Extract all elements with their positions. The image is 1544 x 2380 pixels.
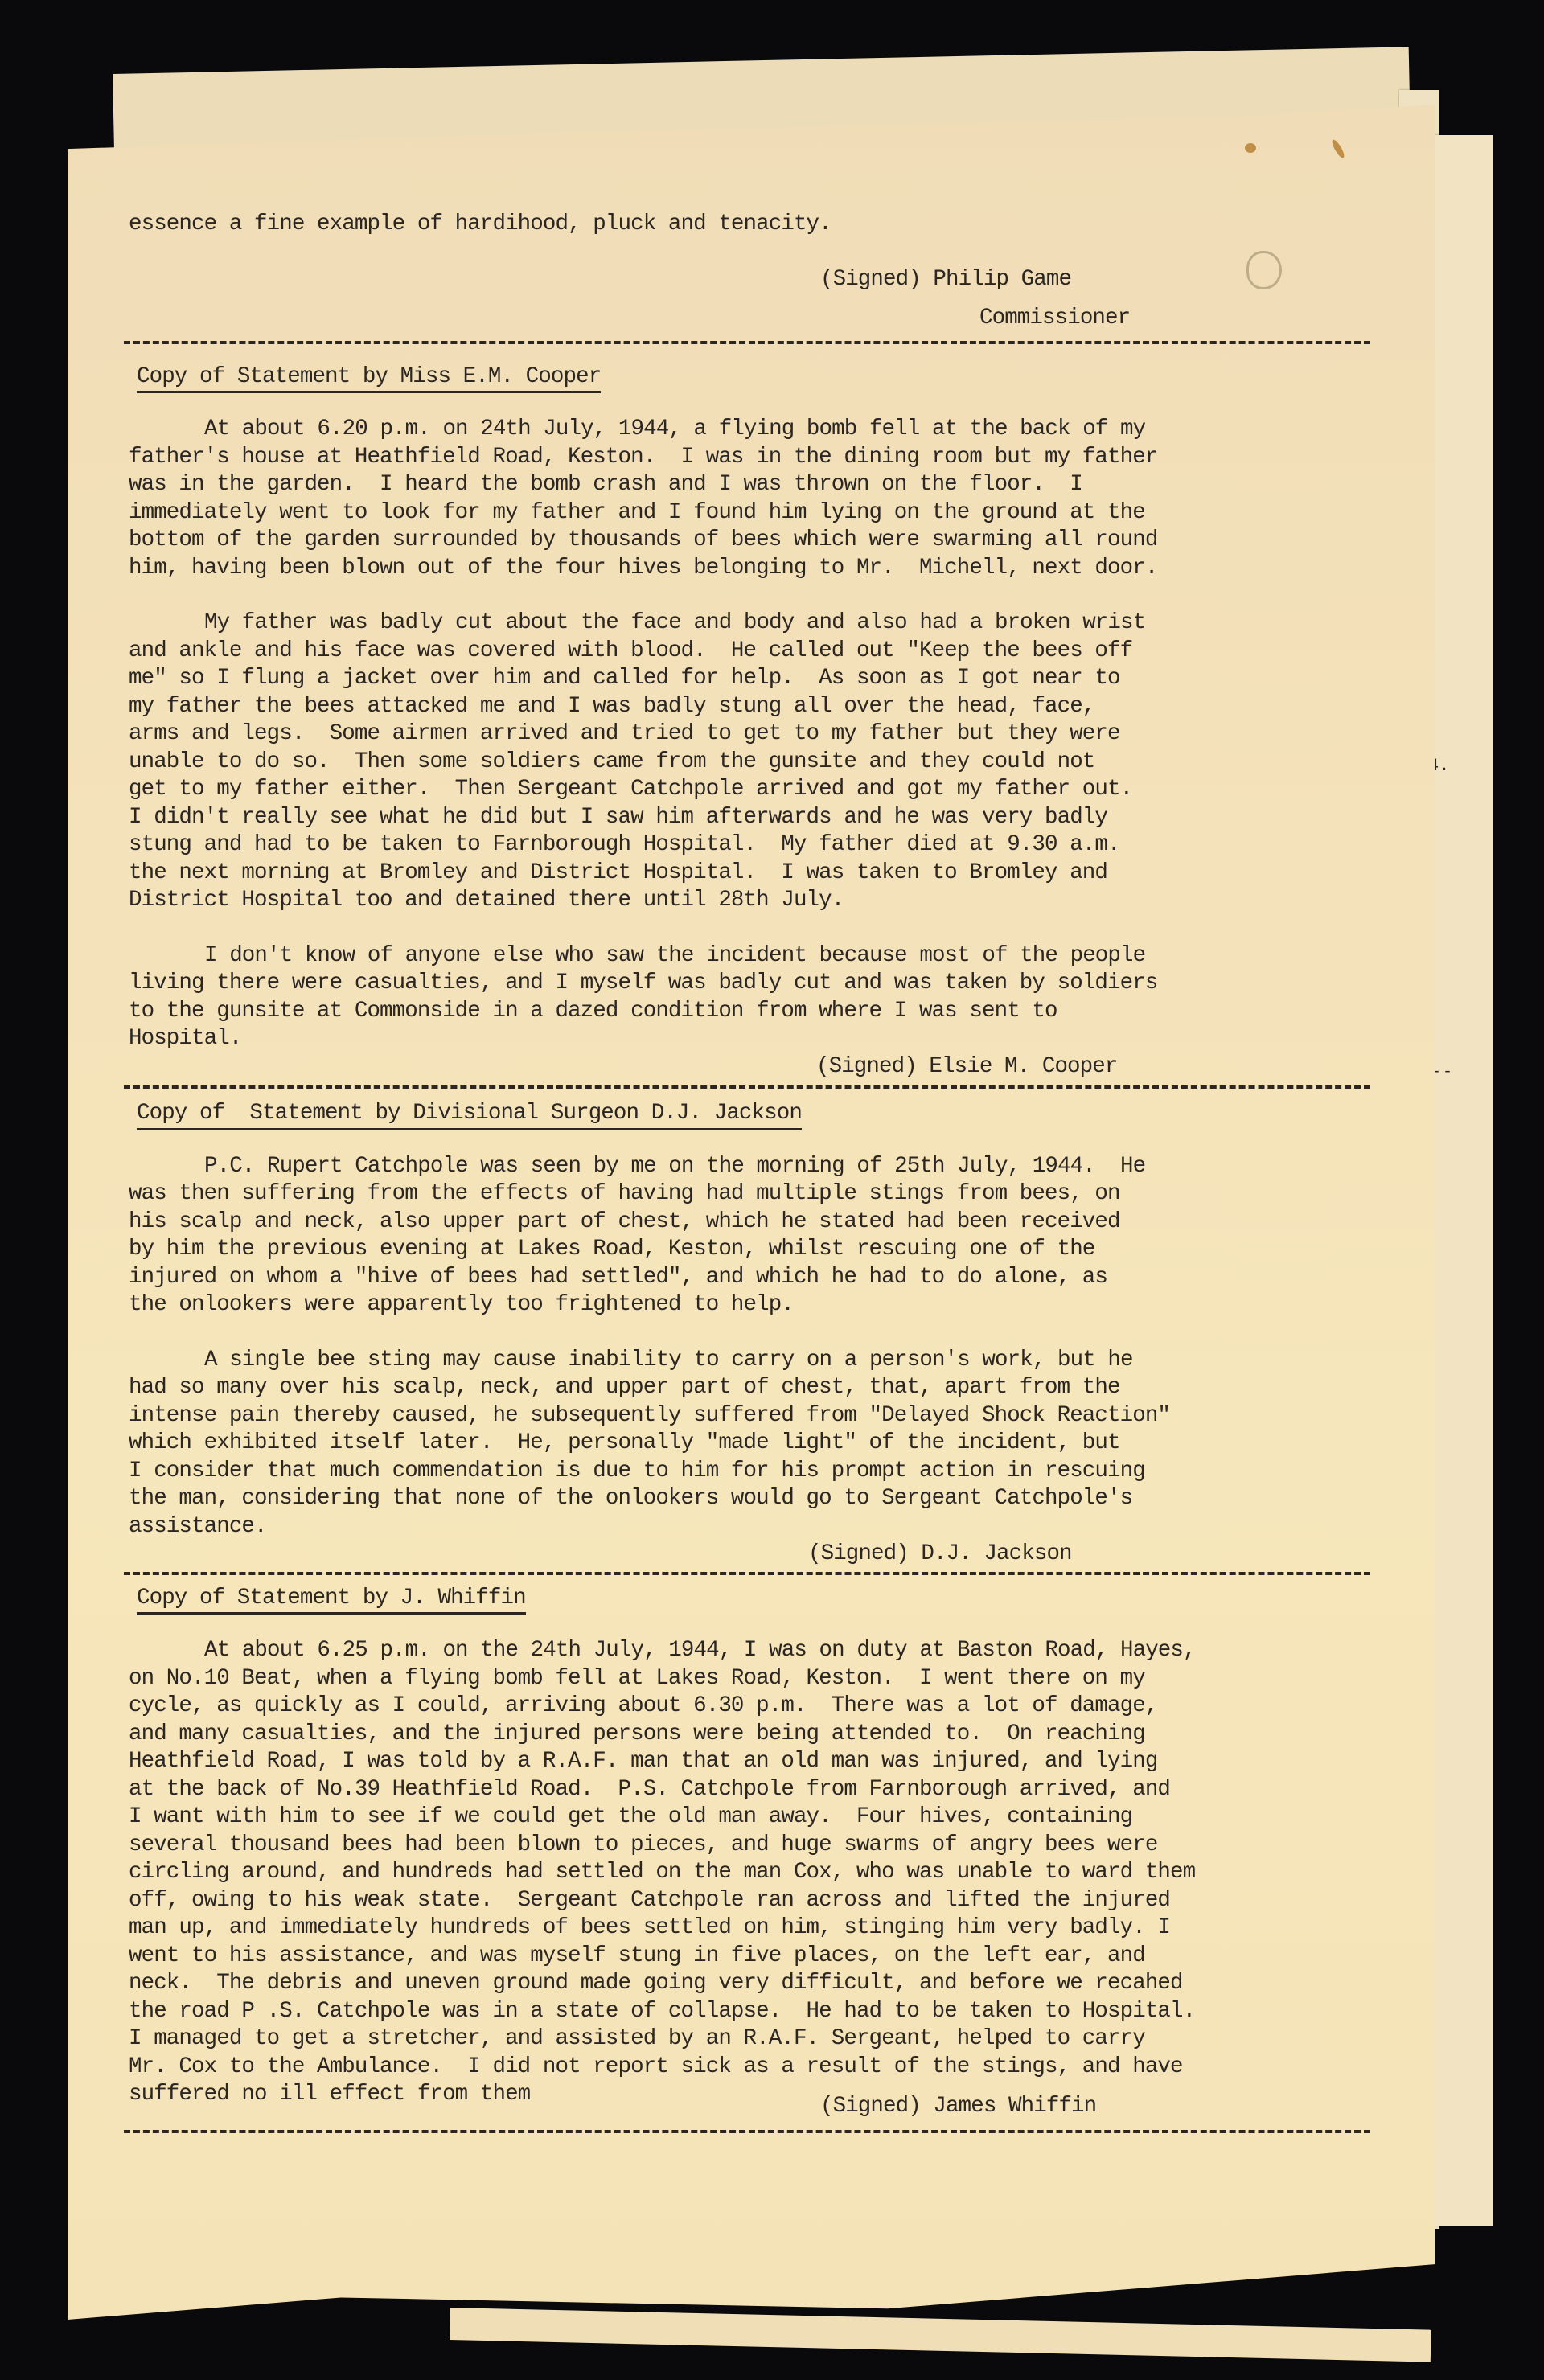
text-line: District Hospital too and detained there… (129, 887, 1367, 915)
text-line: several thousand bees had been blown to … (129, 1832, 1367, 1860)
paragraph: At about 6.20 p.m. on 24th July, 1944, a… (129, 416, 1367, 582)
edge-dash-fragment: -- (1431, 1063, 1454, 1081)
statement-whiffin: Copy of Statement by J. Whiffin At about… (129, 1585, 1367, 2134)
text-line: I didn't really see what he did but I sa… (129, 804, 1367, 832)
text-line: I consider that much commendation is due… (129, 1458, 1367, 1486)
text-line: the road P .S. Catchpole was in a state … (129, 1998, 1367, 2026)
text-line: Mr. Cox to the Ambulance. I did not repo… (129, 2054, 1367, 2082)
text-line: stung and had to be taken to Farnborough… (129, 831, 1367, 860)
paragraph: I don't know of anyone else who saw the … (129, 942, 1367, 1053)
rust-stain (1245, 143, 1256, 153)
statement-heading: Copy of Statement by J. Whiffin (137, 1585, 526, 1615)
statement-cooper: Copy of Statement by Miss E.M. Cooper At… (129, 363, 1367, 1089)
paragraph: A single bee sting may cause inability t… (129, 1347, 1367, 1541)
paragraph: My father was badly cut about the face a… (129, 609, 1367, 915)
text-line: the man, considering that none of the on… (129, 1485, 1367, 1513)
text-line: Heathfield Road, I was told by a R.A.F. … (129, 1748, 1367, 1776)
back-sheet-bottom-edge (450, 2308, 1431, 2362)
text-line: living there were casualties, and I myse… (129, 970, 1367, 998)
text-line: his scalp and neck, also upper part of c… (129, 1208, 1367, 1237)
text-line: intense pain thereby caused, he subseque… (129, 1402, 1367, 1430)
document-body: essence a fine example of hardihood, plu… (129, 211, 1367, 2133)
text-line: arms and legs. Some airmen arrived and t… (129, 720, 1367, 749)
text-line: Hospital. (129, 1025, 1367, 1053)
text-line: to the gunsite at Commonside in a dazed … (129, 998, 1367, 1026)
text-line: bottom of the garden surrounded by thous… (129, 527, 1367, 555)
text-line: A single bee sting may cause inability t… (129, 1347, 1367, 1375)
text-line: cycle, as quickly as I could, arriving a… (129, 1693, 1367, 1721)
text-line: on No.10 Beat, when a flying bomb fell a… (129, 1665, 1367, 1693)
preface-closing-line: essence a fine example of hardihood, plu… (129, 211, 1367, 239)
text-line: assistance. (129, 1513, 1367, 1541)
text-line: and many casualties, and the injured per… (129, 1721, 1367, 1749)
text-line: My father was badly cut about the face a… (129, 609, 1367, 638)
statement-signature: (Signed) D.J. Jackson (129, 1541, 1367, 1569)
preface-signature: (Signed) Philip Game (129, 266, 1367, 294)
text-line: man up, and immediately hundreds of bees… (129, 1914, 1367, 1943)
section-divider (124, 2130, 1370, 2133)
text-line: neck. The debris and uneven ground made … (129, 1970, 1367, 1998)
preface-title: Commissioner (129, 305, 1367, 333)
text-line: which exhibited itself later. He, person… (129, 1430, 1367, 1458)
statement-heading: Copy of Statement by Miss E.M. Cooper (137, 363, 601, 394)
paragraph: At about 6.25 p.m. on the 24th July, 194… (129, 1637, 1367, 2109)
text-line: was in the garden. I heard the bomb cras… (129, 471, 1367, 499)
text-line: P.C. Rupert Catchpole was seen by me on … (129, 1153, 1367, 1181)
statement-heading: Copy of Statement by Divisional Surgeon … (137, 1100, 802, 1130)
statement-jackson: Copy of Statement by Divisional Surgeon … (129, 1100, 1367, 1575)
text-line: went to his assistance, and was myself s… (129, 1943, 1367, 1971)
text-line: At about 6.25 p.m. on the 24th July, 194… (129, 1637, 1367, 1665)
text-line: father's house at Heathfield Road, Kesto… (129, 444, 1367, 472)
text-line: I don't know of anyone else who saw the … (129, 942, 1367, 970)
statement-signature: (Signed) Elsie M. Cooper (129, 1053, 1367, 1081)
text-line: I want with him to see if we could get t… (129, 1803, 1367, 1832)
text-line: the next morning at Bromley and District… (129, 860, 1367, 888)
text-line: me" so I flung a jacket over him and cal… (129, 665, 1367, 693)
text-line: get to my father either. Then Sergeant C… (129, 776, 1367, 804)
text-line: unable to do so. Then some soldiers came… (129, 749, 1367, 777)
text-line: him, having been blown out of the four h… (129, 555, 1367, 583)
text-line: injured on whom a "hive of bees had sett… (129, 1264, 1367, 1292)
text-line: I managed to get a stretcher, and assist… (129, 2025, 1367, 2054)
text-line: off, owing to his weak state. Sergeant C… (129, 1887, 1367, 1915)
text-line: at the back of No.39 Heathfield Road. P.… (129, 1776, 1367, 1804)
paragraph: P.C. Rupert Catchpole was seen by me on … (129, 1153, 1367, 1319)
text-line: immediately went to look for my father a… (129, 499, 1367, 527)
text-line: my father the bees attacked me and I was… (129, 693, 1367, 721)
text-line: At about 6.20 p.m. on 24th July, 1944, a… (129, 416, 1367, 444)
text-line: was then suffering from the effects of h… (129, 1180, 1367, 1208)
text-line: had so many over his scalp, neck, and up… (129, 1374, 1367, 1402)
text-line: by him the previous evening at Lakes Roa… (129, 1236, 1367, 1264)
text-line: circling around, and hundreds had settle… (129, 1859, 1367, 1887)
text-line: and ankle and his face was covered with … (129, 638, 1367, 666)
text-line: the onlookers were apparently too fright… (129, 1291, 1367, 1319)
